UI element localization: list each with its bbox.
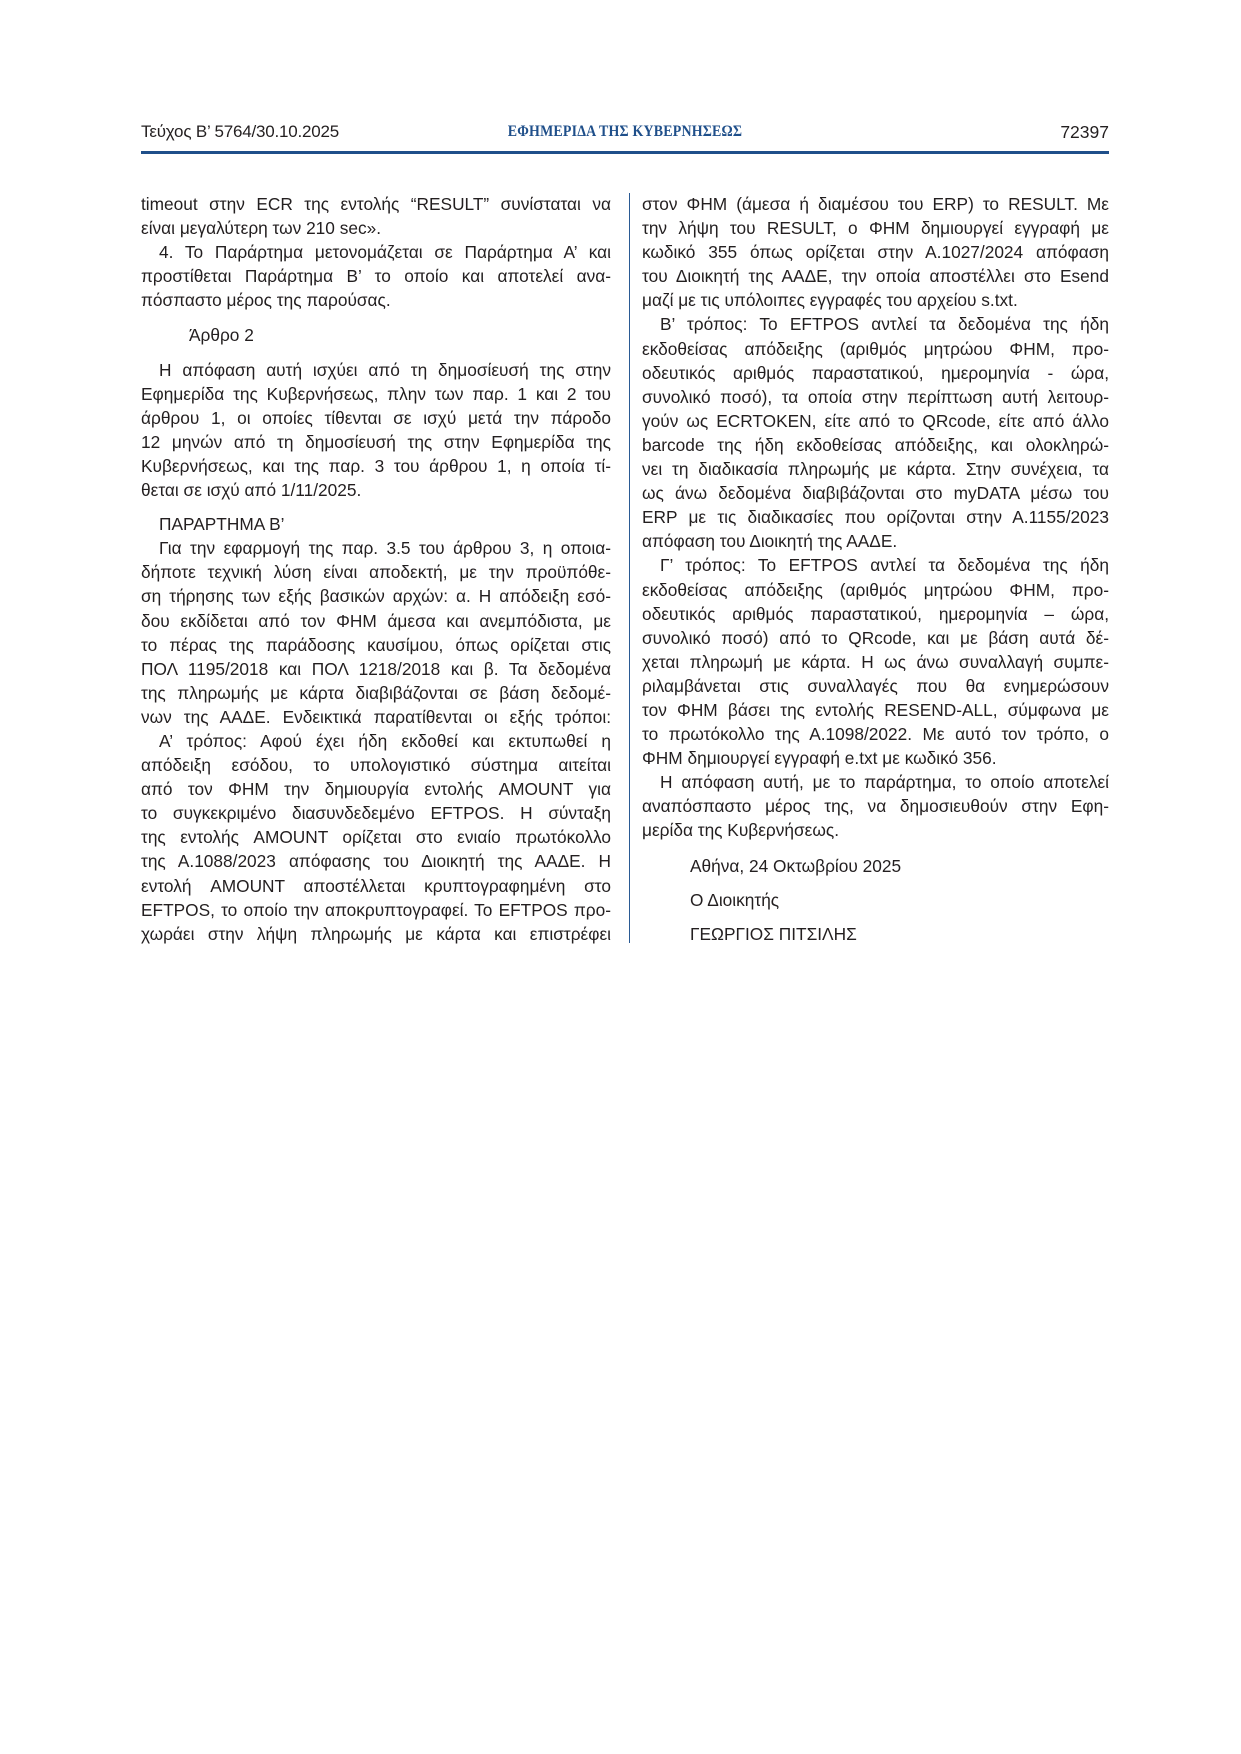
- right-column: στον ΦΗΜ (άμεσα ή διαμέσου του ERP) το R…: [642, 192, 1109, 946]
- signature-role: Ο Διοικητής: [690, 888, 1109, 912]
- paragraph-annex-intro: Για την εφαρμογή της παρ. 3.5 του άρθρου…: [141, 536, 611, 729]
- article-heading: Άρθρο 2: [189, 323, 611, 347]
- paragraph-publication: Η απόφαση αυτή, με το παράρτημα, το οποί…: [642, 770, 1109, 842]
- page-header: Τεύχος Β’ 5764/30.10.2025 ΕΦΗΜΕΡΙΔΑ ΤΗΣ …: [141, 122, 1109, 152]
- paragraph-method-b: Β’ τρόπος: Το EFTPOS αντλεί τα δεδομένα …: [642, 312, 1109, 553]
- gazette-title: ΕΦΗΜΕΡΙΔΑ ΤΗΣ ΚΥΒΕΡΝΗΣΕΩΣ: [189, 123, 1060, 141]
- annex-heading: ΠΑΡΑΡΤΗΜΑ Β’: [159, 512, 611, 536]
- paragraph-timeout: timeout στην ECR της εντολής “RESULT” συ…: [141, 192, 611, 240]
- signature-name: ΓΕΩΡΓΙΟΣ ΠΙΤΣΙΛΗΣ: [690, 922, 1109, 946]
- paragraph-method-c: Γ’ τρόπος: Το EFTPOS αντλεί τα δεδομένα …: [642, 553, 1109, 770]
- paragraph-annex-rename: 4. Το Παράρτημα μετονομάζεται σε Παράρτη…: [141, 240, 611, 312]
- header-rule: [141, 151, 1109, 154]
- column-divider: [629, 193, 630, 943]
- signature-place-date: Αθήνα, 24 Οκτωβρίου 2025: [690, 854, 1109, 878]
- page-number: 72397: [1060, 122, 1109, 143]
- left-column: timeout στην ECR της εντολής “RESULT” συ…: [141, 192, 611, 946]
- paragraph-method-a-cont: στον ΦΗΜ (άμεσα ή διαμέσου του ERP) το R…: [642, 192, 1109, 312]
- paragraph-effective-date: Η απόφαση αυτή ισχύει από τη δημοσίευσή …: [141, 358, 611, 503]
- paragraph-method-a: Α’ τρόπος: Αφού έχει ήδη εκδοθεί και εκτ…: [141, 729, 611, 946]
